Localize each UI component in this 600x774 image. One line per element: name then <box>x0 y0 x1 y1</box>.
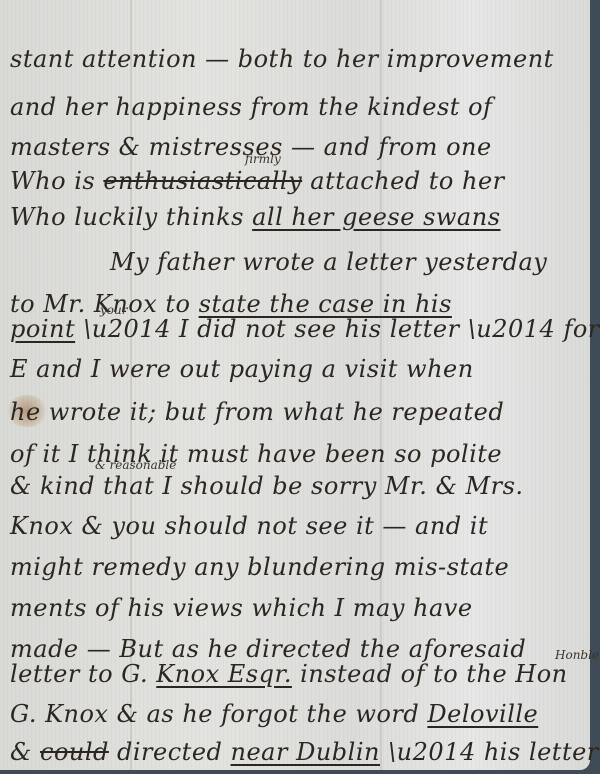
letter-line-15: ments of his views which I may have <box>10 594 473 622</box>
struck-word: enthusiastically <box>103 167 302 195</box>
underlined-phrase: state the case in his <box>199 290 452 318</box>
letter-line-8: point \u2014 I did not see his letter \u… <box>10 315 600 343</box>
underlined-phrase: Deloville <box>427 700 538 728</box>
letter-line-10: he wrote it; but from what he repeated <box>10 398 504 426</box>
letter-line-18: G. Knox & as he forgot the word Delovill… <box>10 700 538 728</box>
letter-line-14: might remedy any blundering mis-state <box>10 553 509 581</box>
letter-line-1: stant attention — both to her improvemen… <box>10 45 554 73</box>
letter-page: stant attention — both to her improvemen… <box>0 0 590 770</box>
underlined-phrase: Knox Esqr. <box>156 660 292 688</box>
letter-line-6: My father wrote a letter yesterday <box>110 248 547 276</box>
struck-word: could <box>40 738 109 766</box>
letter-line-11: of it I think it must have been so polit… <box>10 440 502 468</box>
underlined-phrase: point <box>10 315 75 343</box>
letter-line-12: & kind that I should be sorry Mr. & Mrs. <box>10 472 524 500</box>
letter-line-9: E and I were out paying a visit when <box>10 355 474 383</box>
letter-line-7: to Mr. Knox to state the case in his <box>10 290 452 318</box>
underlined-phrase: near Dublin <box>231 738 380 766</box>
letter-line-5: Who luckily thinks all her geese swans <box>10 203 501 231</box>
letter-line-19: & could directed near Dublin \u2014 his … <box>10 738 599 766</box>
letter-line-13: Knox & you should not see it — and it <box>10 512 488 540</box>
letter-line-4: Who is enthusiastically attached to her <box>10 167 505 195</box>
letter-line-16: made — But as he directed the aforesaid <box>10 635 526 663</box>
insertion-reasonable: & reasonable <box>95 458 176 472</box>
word-who-is: Who is <box>10 167 103 195</box>
underlined-phrase: all her geese swans <box>252 203 500 231</box>
letter-line-17: letter to G. Knox Esqr. instead of to th… <box>10 660 568 688</box>
letter-line-2: and her happiness from the kindest of <box>10 93 492 121</box>
insertion-firmly: firmly <box>245 152 281 166</box>
